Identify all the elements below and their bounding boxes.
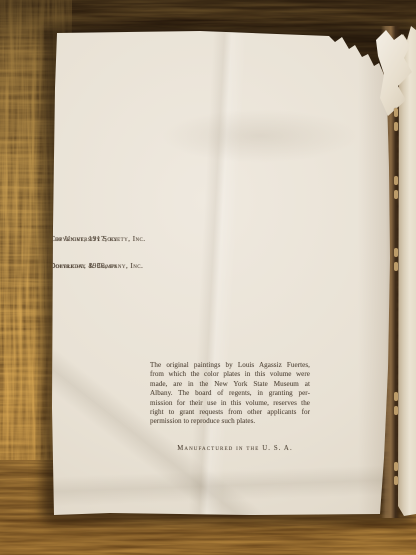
- manufactured-in-usa-line: Manufactured in the U. S. A.: [62, 445, 408, 452]
- plates-permission-notice: The original paintings by Louis Agassiz …: [150, 361, 310, 427]
- binding-stitch: [394, 476, 398, 485]
- notice-line: permission to reproduce such plates.: [150, 417, 310, 426]
- binding-stitch: [394, 462, 398, 471]
- notice-line: mission for their use in this volume, re…: [150, 399, 310, 408]
- notice-line: right to grant requests from other appli…: [150, 408, 310, 417]
- copyright-line: The University Society, Inc.: [50, 233, 146, 245]
- binding-stitch: [394, 108, 398, 117]
- binding-stitch: [394, 176, 398, 185]
- binding-stitch: [394, 190, 398, 199]
- photo-book-copyright-page: Copyright, 1917, by The University Socie…: [0, 0, 416, 555]
- book-page: Copyright, 1917, by The University Socie…: [50, 28, 396, 520]
- binding-stitch: [394, 392, 398, 401]
- notice-line: Albany. The board of regents, in grantin…: [150, 389, 310, 398]
- binding-stitch: [394, 406, 398, 415]
- copyright-line: Doubleday & Company, Inc.: [50, 260, 143, 272]
- binding-stitch: [394, 248, 398, 257]
- binding-stitch: [394, 262, 398, 271]
- notice-line: The original paintings by Louis Agassiz …: [150, 361, 310, 370]
- binding-stitch: [394, 122, 398, 131]
- notice-line: made, are in the New York State Museum a…: [150, 380, 310, 389]
- notice-line: from which the color plates in this volu…: [150, 370, 310, 379]
